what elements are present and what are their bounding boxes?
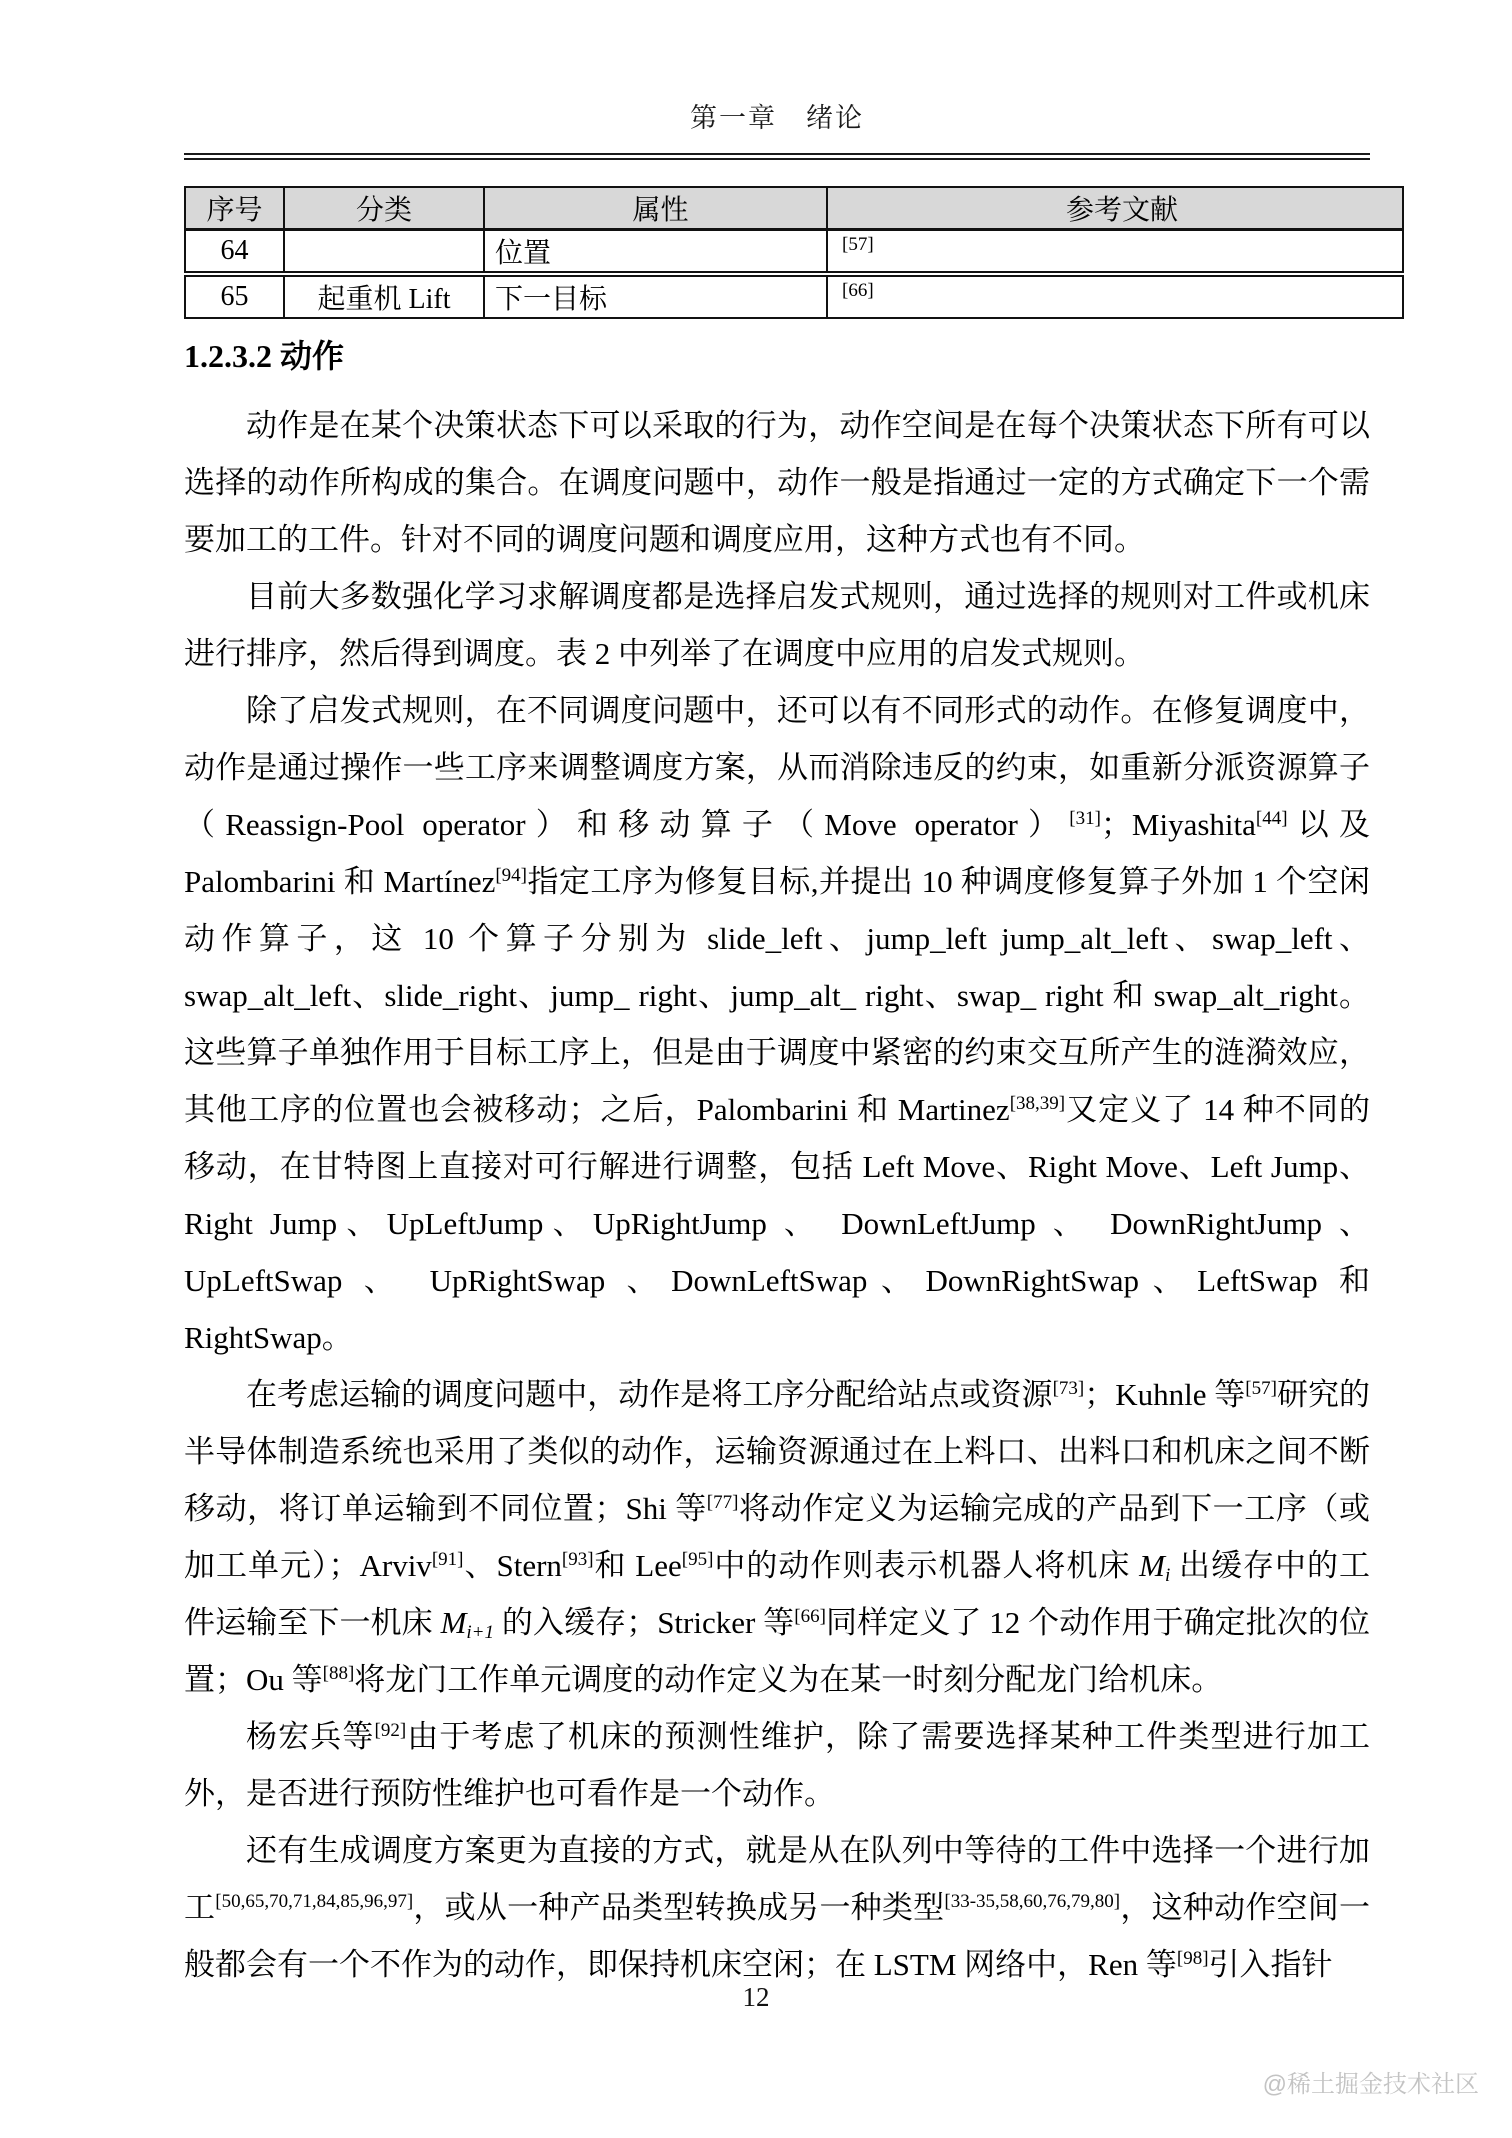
reference-citation: [57]	[842, 231, 874, 256]
paragraph: 杨宏兵等[92]由于考虑了机床的预测性维护，除了需要选择某种工件类型进行加工外，…	[184, 1708, 1370, 1822]
chapter-header: 第一章 绪论	[184, 102, 1370, 134]
paragraph: 还有生成调度方案更为直接的方式，就是从在队列中等待的工件中选择一个进行加工[50…	[184, 1822, 1370, 1993]
cell-no: 65	[185, 274, 284, 318]
cell-reference: [57]	[827, 230, 1403, 275]
cell-reference: [66]	[827, 274, 1403, 318]
cell-attribute: 位置	[484, 230, 827, 275]
cell-category	[284, 230, 484, 275]
paragraph: 动作是在某个决策状态下可以采取的行为，动作空间是在每个决策状态下所有可以选择的动…	[184, 397, 1370, 568]
document-page: 第一章 绪论 序号 分类 属性 参考文献 64 位置 [57]	[0, 0, 1512, 2138]
col-header-reference: 参考文献	[827, 187, 1403, 230]
reference-citation: [66]	[842, 277, 874, 302]
cell-attribute: 下一目标	[484, 274, 827, 318]
page-content: 第一章 绪论 序号 分类 属性 参考文献 64 位置 [57]	[184, 0, 1370, 1993]
attribute-table: 序号 分类 属性 参考文献 64 位置 [57] 65 起重机 Lift 下一目…	[184, 186, 1404, 319]
col-header-attribute: 属性	[484, 187, 827, 230]
paragraph: 除了启发式规则，在不同调度问题中，还可以有不同形式的动作。在修复调度中，动作是通…	[184, 682, 1370, 1366]
body-text: 动作是在某个决策状态下可以采取的行为，动作空间是在每个决策状态下所有可以选择的动…	[184, 397, 1370, 1993]
col-header-no: 序号	[185, 187, 284, 230]
table-row: 65 起重机 Lift 下一目标 [66]	[185, 274, 1403, 318]
cell-no: 64	[185, 230, 284, 275]
header-rule	[184, 153, 1370, 160]
paragraph: 在考虑运输的调度问题中，动作是将工序分配给站点或资源[73]；Kuhnle 等[…	[184, 1366, 1370, 1708]
page-number: 12	[0, 1982, 1512, 2013]
cell-category: 起重机 Lift	[284, 274, 484, 318]
section-heading: 1.2.3.2 动作	[184, 338, 1370, 374]
table-row: 64 位置 [57]	[185, 230, 1403, 275]
paragraph: 目前大多数强化学习求解调度都是选择启发式规则，通过选择的规则对工件或机床进行排序…	[184, 568, 1370, 682]
col-header-category: 分类	[284, 187, 484, 230]
watermark: @稀土掘金技术社区	[1263, 2064, 1479, 2099]
table-header-row: 序号 分类 属性 参考文献	[185, 187, 1403, 230]
